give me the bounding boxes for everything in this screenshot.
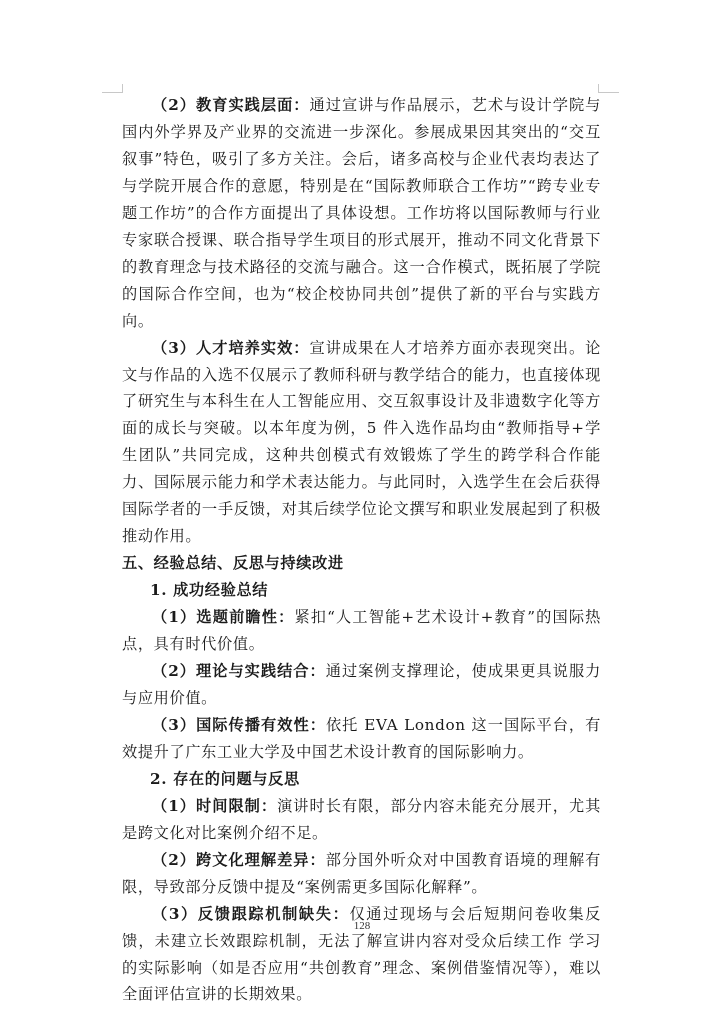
paragraph-lead: （3）人才培养实效： (152, 339, 310, 357)
paragraph-time-limit: （1）时间限制：演讲时长有限，部分内容未能充分展开，尤其是跨文化对比案例介绍不足… (122, 793, 601, 847)
paragraph-lead: （1）选题前瞻性： (152, 608, 294, 626)
paragraph-theory-practice: （2）理论与实践结合：通过案例支撑理论，使成果更具说服力与应用价值。 (122, 658, 601, 712)
section-heading: 五、经验总结、反思与持续改进 (122, 550, 601, 577)
paragraph-text: 通过宣讲与作品展示，艺术与设计学院与国内外学界及产业界的交流进一步深化。参展成果… (122, 96, 601, 330)
paragraph-topic-foresight: （1）选题前瞻性：紧扣“人工智能+艺术设计+教育”的国际热点，具有时代价值。 (122, 604, 601, 658)
paragraph-education-practice: （2）教育实践层面：通过宣讲与作品展示，艺术与设计学院与国内外学界及产业界的交流… (122, 92, 601, 335)
paragraph-lead: （2）教育实践层面： (152, 96, 310, 114)
crop-mark-top-left (102, 84, 123, 93)
paragraph-lead: （2）跨文化理解差异： (152, 851, 326, 869)
paragraph-cultural-difference: （2）跨文化理解差异：部分国外听众对中国教育语境的理解有限，导致部分反馈中提及“… (122, 847, 601, 901)
paragraph-text: 宣讲成果在人才培养方面亦表现突出。论文与作品的入选不仅展示了教师科研与教学结合的… (122, 339, 601, 546)
sub-heading-success: 1. 成功经验总结 (122, 577, 601, 604)
page-number: 128 (0, 920, 724, 932)
paragraph-international-reach: （3）国际传播有效性：依托 EVA London 这一国际平台，有效提升了广东工… (122, 712, 601, 766)
sub-heading-problems: 2. 存在的问题与反思 (122, 766, 601, 793)
document-page: （2）教育实践层面：通过宣讲与作品展示，艺术与设计学院与国内外学界及产业界的交流… (0, 0, 724, 1024)
paragraph-lead: （3）国际传播有效性： (152, 716, 326, 734)
paragraph-lead: （1）时间限制： (152, 797, 277, 815)
paragraph-feedback-tracking: （3）反馈跟踪机制缺失：仅通过现场与会后短期问卷收集反馈，未建立长效跟踪机制，无… (122, 901, 601, 1009)
page-body: （2）教育实践层面：通过宣讲与作品展示，艺术与设计学院与国内外学界及产业界的交流… (122, 92, 601, 1008)
crop-mark-top-right (598, 84, 619, 93)
paragraph-talent-training: （3）人才培养实效：宣讲成果在人才培养方面亦表现突出。论文与作品的入选不仅展示了… (122, 335, 601, 551)
paragraph-lead: （2）理论与实践结合： (152, 662, 326, 680)
